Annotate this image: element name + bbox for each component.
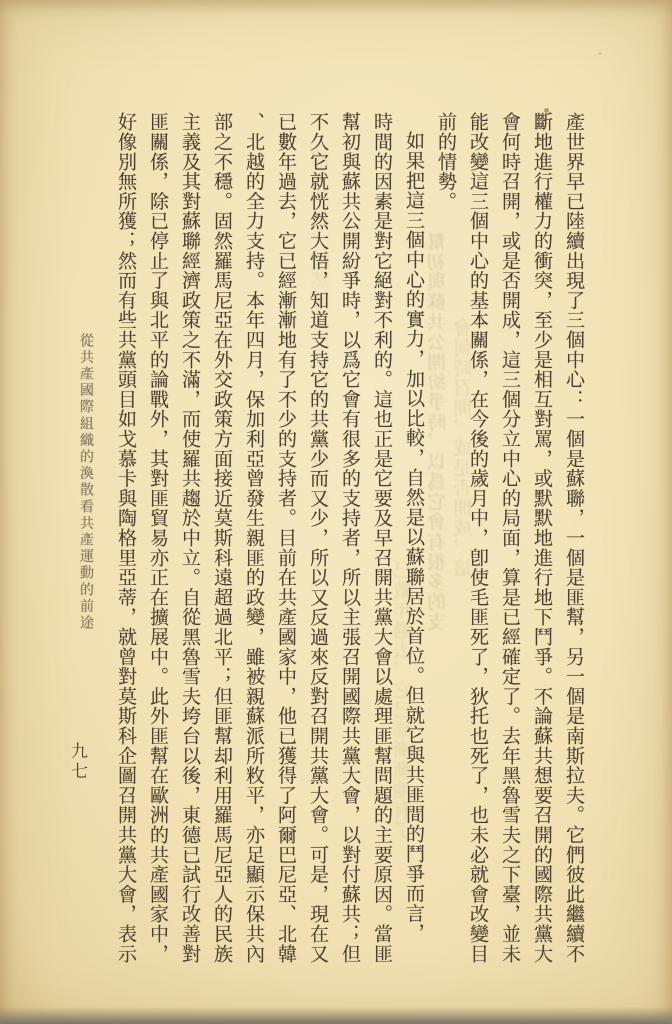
text-column: 匪關係，除已停止了與北平的論戰外，其對匪貿易亦正在擴展中。此外匪幫在歐洲的共產國… [142,112,174,980]
text-column: 會何時召開，或是否開成，這三個分立中心的局面，算是已經確定了。去年黑魯雪夫之下臺… [494,112,526,980]
paper-speck [598,52,602,55]
scanned-book-page: 幫初與蘇共公開紛爭時，以爲它會有很多的支持者，所以主張召開國際共黨大會，以對付蘇… [0,0,672,1024]
text-column: 產世界早已陸續出現了三個中心：一個是蘇聯，一個是匪幫，另一個是南斯拉夫。它們彼此… [558,112,590,980]
text-column: 前的情勢。 [430,112,462,980]
text-column: 主義及其對蘇聯經濟政策之不滿，而使羅共趨於中立。自從黑魯雪夫垮台以後，東德已試行… [174,112,206,980]
page-number: 九七 [66,742,88,782]
text-column: 好像別無所獲；然而有些共黨頭目如戈慕卡與陶格里亞蒂，就曾對莫斯科企圖召開共黨大會… [110,112,142,980]
text-column: 斷地進行權力的衝突，至少是相互對罵，或默默地進行地下鬥爭。不論蘇共想要召開的國際… [526,112,558,980]
body-text: 產世界早已陸續出現了三個中心：一個是蘇聯，一個是匪幫，另一個是南斯拉夫。它們彼此… [110,112,590,980]
text-column: 、北越的全力支持。本年四月，保加利亞曾發生親匪的政變，雖被親蘇派所敉平，亦足顯示… [238,112,270,980]
text-column: 幫初與蘇共公開紛爭時，以爲它會有很多的支持者，所以主張召開國際共黨大會，以對付蘇… [334,112,366,980]
text-column: 不久它就恍然大悟，知道支持它的共黨少而又少，所以又反過來反對召開共黨大會。可是，… [302,112,334,980]
text-column: 部之不穩。固然羅馬尼亞在外交政策方面接近莫斯科遠超過北平；但匪幫却利用羅馬尼亞人… [206,112,238,980]
text-column: 已數年過去，它已經漸漸地有了不少的支持者。目前在共產國家中，他已獲得了阿爾巴尼亞… [270,112,302,980]
running-title: 從共產國際組織的渙散看共產運動的前途 [76,333,96,632]
text-column: 時間的因素是對它絕對不利的。這也正是它要及早召開共黨大會以處理匪幫問題的主要原因… [366,112,398,980]
scanner-edge [0,1006,672,1024]
text-column-paragraph-start: 如果把這三個中心的實力，加以比較，自然是以蘇聯居於首位。但就它與共匪間的鬥爭而言… [398,112,430,980]
text-column: 能改變這三個中心的基本關係，在今後的歲月中，卽使毛匪死了，狄托也死了，也未必就會… [462,112,494,980]
